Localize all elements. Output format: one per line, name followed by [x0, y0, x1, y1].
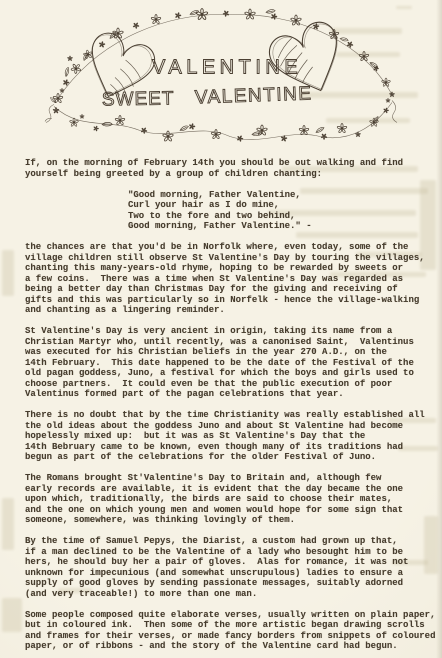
right-tendril [392, 101, 397, 123]
children-rhyme-quote: "Good morning, Father Valentine, Curl yo… [128, 190, 440, 232]
bleedthrough-mark [2, 250, 14, 296]
title-line2-valentine: VALENTINE [194, 83, 312, 108]
valentine-garland-illustration: VALENTINE SWEET VALENTINE [40, 5, 410, 153]
bleedthrough-mark [2, 598, 22, 632]
document-body: If, on the morning of February 14th you … [25, 158, 440, 658]
title-line2-sweet: SWEET [102, 88, 175, 110]
title-line1: VALENTINE [152, 57, 302, 79]
paragraph-norfolk-custom: the chances are that you'd be in Norfolk… [25, 242, 440, 316]
paragraph-samuel-pepys: By the time of Samuel Pepys, the Diarist… [25, 536, 440, 599]
paragraph-juno-festival: There is no doubt that by the time Chris… [25, 410, 440, 463]
left-tendril [45, 105, 54, 123]
paragraph-origin-valentinus: St Valentine's Day is very ancient in or… [25, 326, 440, 400]
bleedthrough-mark [2, 498, 14, 550]
paragraph-intro: If, on the morning of February 14th you … [25, 158, 440, 179]
paragraph-romans-britain: The Romans brought St'Valentine's Day to… [25, 473, 440, 526]
paragraph-valentine-card: Some people composed quite elaborate ver… [25, 610, 440, 652]
document-page: VALENTINE SWEET VALENTINE If, on the mor… [0, 0, 442, 658]
